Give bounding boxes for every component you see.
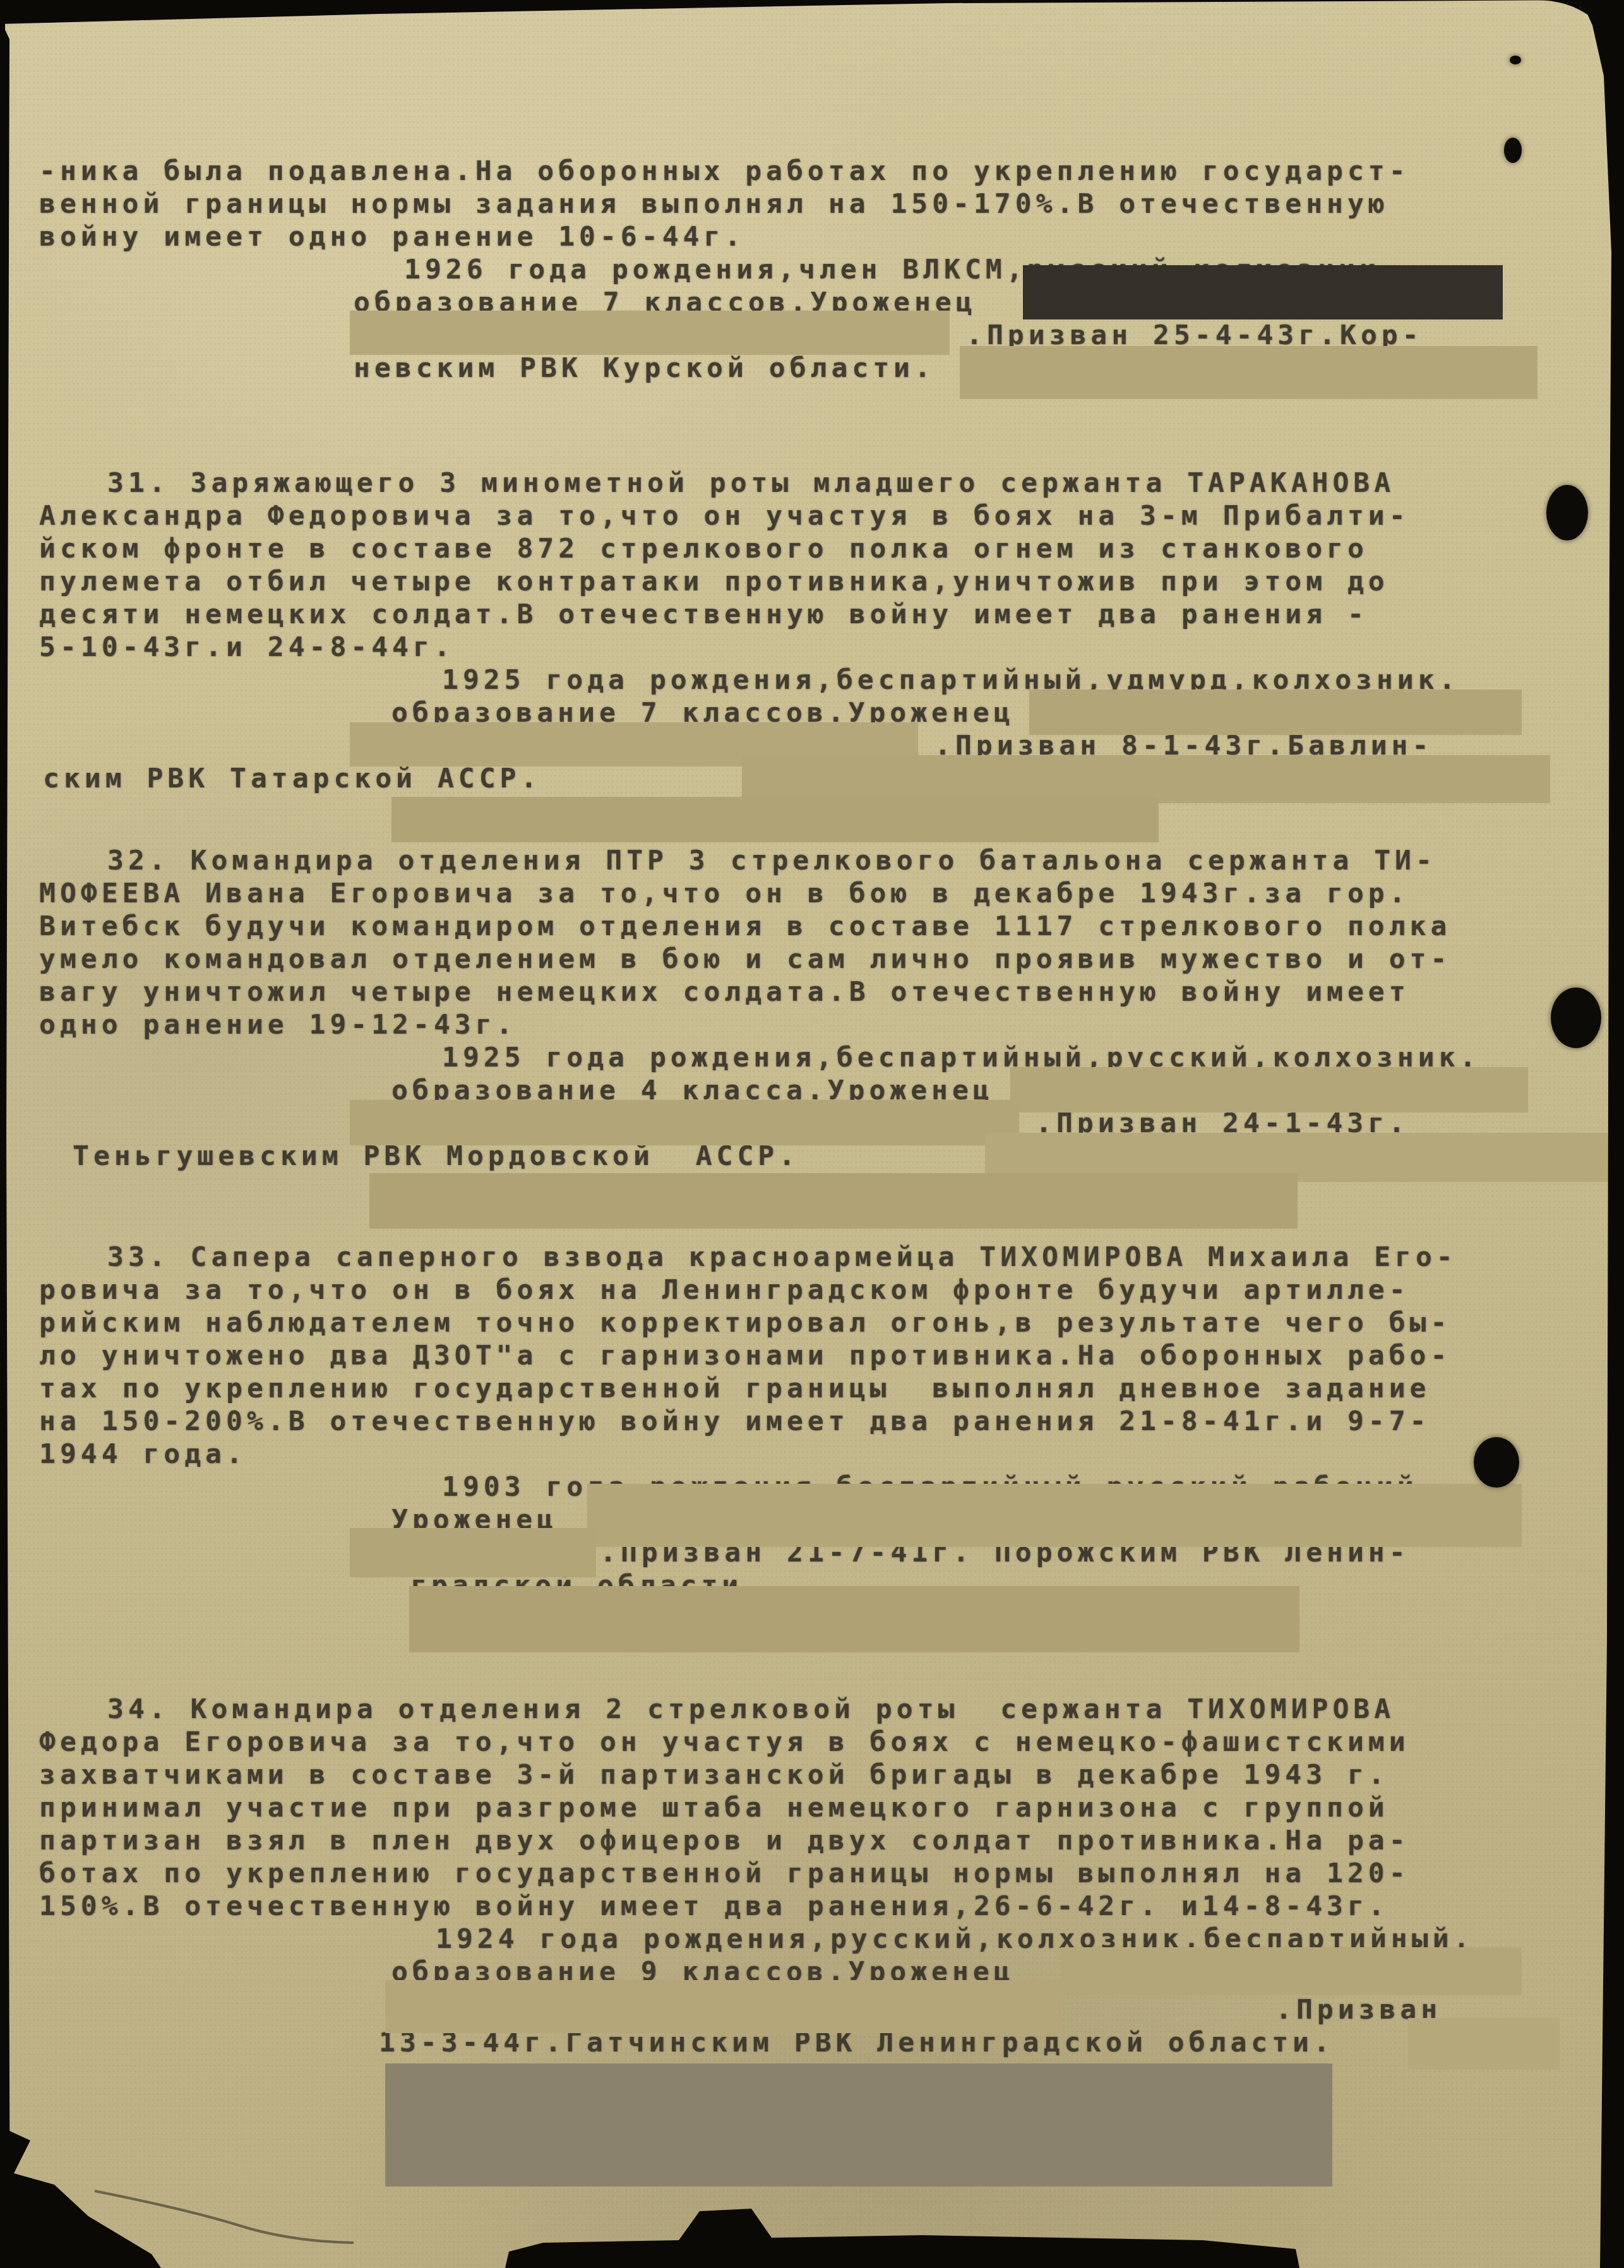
- punch-hole: [1510, 56, 1521, 64]
- punch-hole: [1504, 138, 1522, 163]
- punch-hole: [1474, 1437, 1519, 1488]
- punch-hole: [1551, 988, 1601, 1048]
- scanned-document-page: -ника была подавлена.На оборонных работа…: [0, 0, 1624, 2268]
- paper-damage-layer: [0, 0, 1624, 2268]
- punch-hole: [1546, 485, 1588, 540]
